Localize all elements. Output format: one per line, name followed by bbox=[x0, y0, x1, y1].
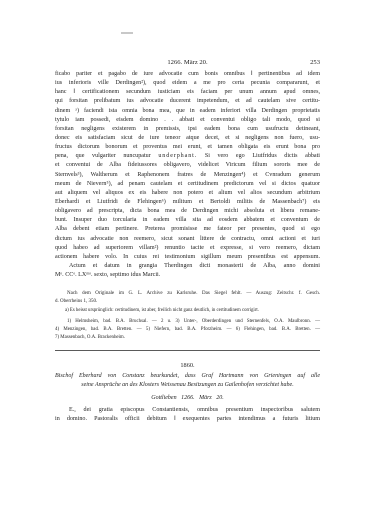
text-line: meum de Nievern⁵), ad penam cautelam et … bbox=[55, 180, 320, 189]
text-line: Alba debent etiam pertinere. Preterea pr… bbox=[55, 225, 320, 234]
text-line: tytulo iam possedi, eisdem domino . . ab… bbox=[55, 116, 320, 125]
text-line: forsitan negligens existerem in premissi… bbox=[55, 125, 320, 134]
text-line: fructus dictorum bonorum et proventus me… bbox=[55, 143, 320, 152]
footnote-line: 4) Menzingen, bad. B.A. Bretten. — 5) Ni… bbox=[55, 326, 320, 334]
regest-line: seine Ansprüche an des Klosters Weissena… bbox=[55, 381, 320, 390]
page-number: 253 bbox=[310, 59, 320, 66]
text-fragment: Si vero ego Liutfridus dictis abbati bbox=[205, 153, 320, 159]
section-divider bbox=[55, 350, 320, 351]
footnote-letter: a) Es heisst ursprünglich: certitudinem,… bbox=[55, 307, 320, 314]
charter-text: ficabo pariter et pagabo de iure advocat… bbox=[55, 70, 320, 280]
source-line: d. Oberrheins 1, 350. bbox=[55, 298, 320, 306]
document-text: E., dei gratia episcopus Constantiensis,… bbox=[55, 406, 320, 424]
text-line: quod habeo ad superiorem villam²) renunt… bbox=[55, 244, 320, 253]
footnotes-numbered: 1) Helmsheim, bad. B.A. Bruchsal. — 2 u.… bbox=[55, 318, 320, 342]
regest-line: Bischof Eberhard von Constanz beurkundet… bbox=[55, 372, 320, 381]
scan-artifact bbox=[121, 32, 133, 34]
source-note: Nach dem Originale im G. L. Archive zu K… bbox=[55, 290, 320, 306]
document-page: 1266. März 20. 253 ficabo pariter et pag… bbox=[0, 0, 385, 512]
document-number: 1860. bbox=[55, 362, 320, 369]
footnote-line: 7) Massenbach, O.A. Brackenheim. bbox=[55, 334, 320, 342]
text-line: pena, que vulgariter nuncupatur underpha… bbox=[55, 152, 320, 161]
text-line: obligavero ad prescripta, dicta bona mea… bbox=[55, 207, 320, 216]
text-line: ius inferioris ville Derdingen²), quod e… bbox=[55, 79, 320, 88]
text-line: bunt. Insuper duo torcularia in eadem vi… bbox=[55, 216, 320, 225]
footnote-a: a) Es heisst ursprünglich: certitudinem,… bbox=[55, 307, 320, 314]
text-line: Sternvels³), Waltherum et Raphenonem fra… bbox=[55, 171, 320, 180]
vernacular-word: underphant. bbox=[158, 153, 197, 159]
text-line: qui forsitan prelibatum ius advocatie du… bbox=[55, 97, 320, 106]
running-head: 1266. März 20. 253 bbox=[55, 59, 320, 69]
text-line: et conventui de Alba fideiussores obliga… bbox=[55, 161, 320, 170]
text-line: aut aliquem vel aliquos ex eis habere no… bbox=[55, 189, 320, 198]
text-line: hanc ‖ certificationem secundum iusticia… bbox=[55, 88, 320, 97]
text-line: dinem ᵃ) faciendi ista omnia bona mea, q… bbox=[55, 107, 320, 116]
text-line: ficabo pariter et pagabo de iure advocat… bbox=[55, 70, 320, 79]
source-line: Nach dem Originale im G. L. Archive zu K… bbox=[55, 290, 320, 298]
text-line: in domino. Pastoralis officii debitum ‖ … bbox=[55, 415, 320, 424]
text-line: Mᵒ. CCᵒ. LXᵐᵒ. sexto, septimo idus Marci… bbox=[55, 271, 320, 280]
text-fragment: pena, que vulgariter nuncupatur bbox=[55, 153, 151, 159]
footnote-line: 1) Helmsheim, bad. B.A. Bruchsal. — 2 u.… bbox=[55, 318, 320, 326]
text-line: dictum ius advocatie non reemero, sicut … bbox=[55, 235, 320, 244]
regest: Bischof Eberhard von Constanz beurkundet… bbox=[55, 372, 320, 389]
dateline: Gottlieben 1266. März 20. bbox=[55, 395, 320, 401]
text-line: Actum et datum in grangia Therdingen dic… bbox=[55, 262, 320, 271]
text-line: actionem habere volo. In cuius rei testi… bbox=[55, 253, 320, 262]
text-line: E., dei gratia episcopus Constantiensis,… bbox=[55, 406, 320, 415]
running-head-date: 1266. März 20. bbox=[55, 59, 320, 66]
text-line: Eberhardi et Liutfridi de Flehingen⁶) mi… bbox=[55, 198, 320, 207]
text-line: donec eis satisfaciam sicut de iure tene… bbox=[55, 134, 320, 143]
